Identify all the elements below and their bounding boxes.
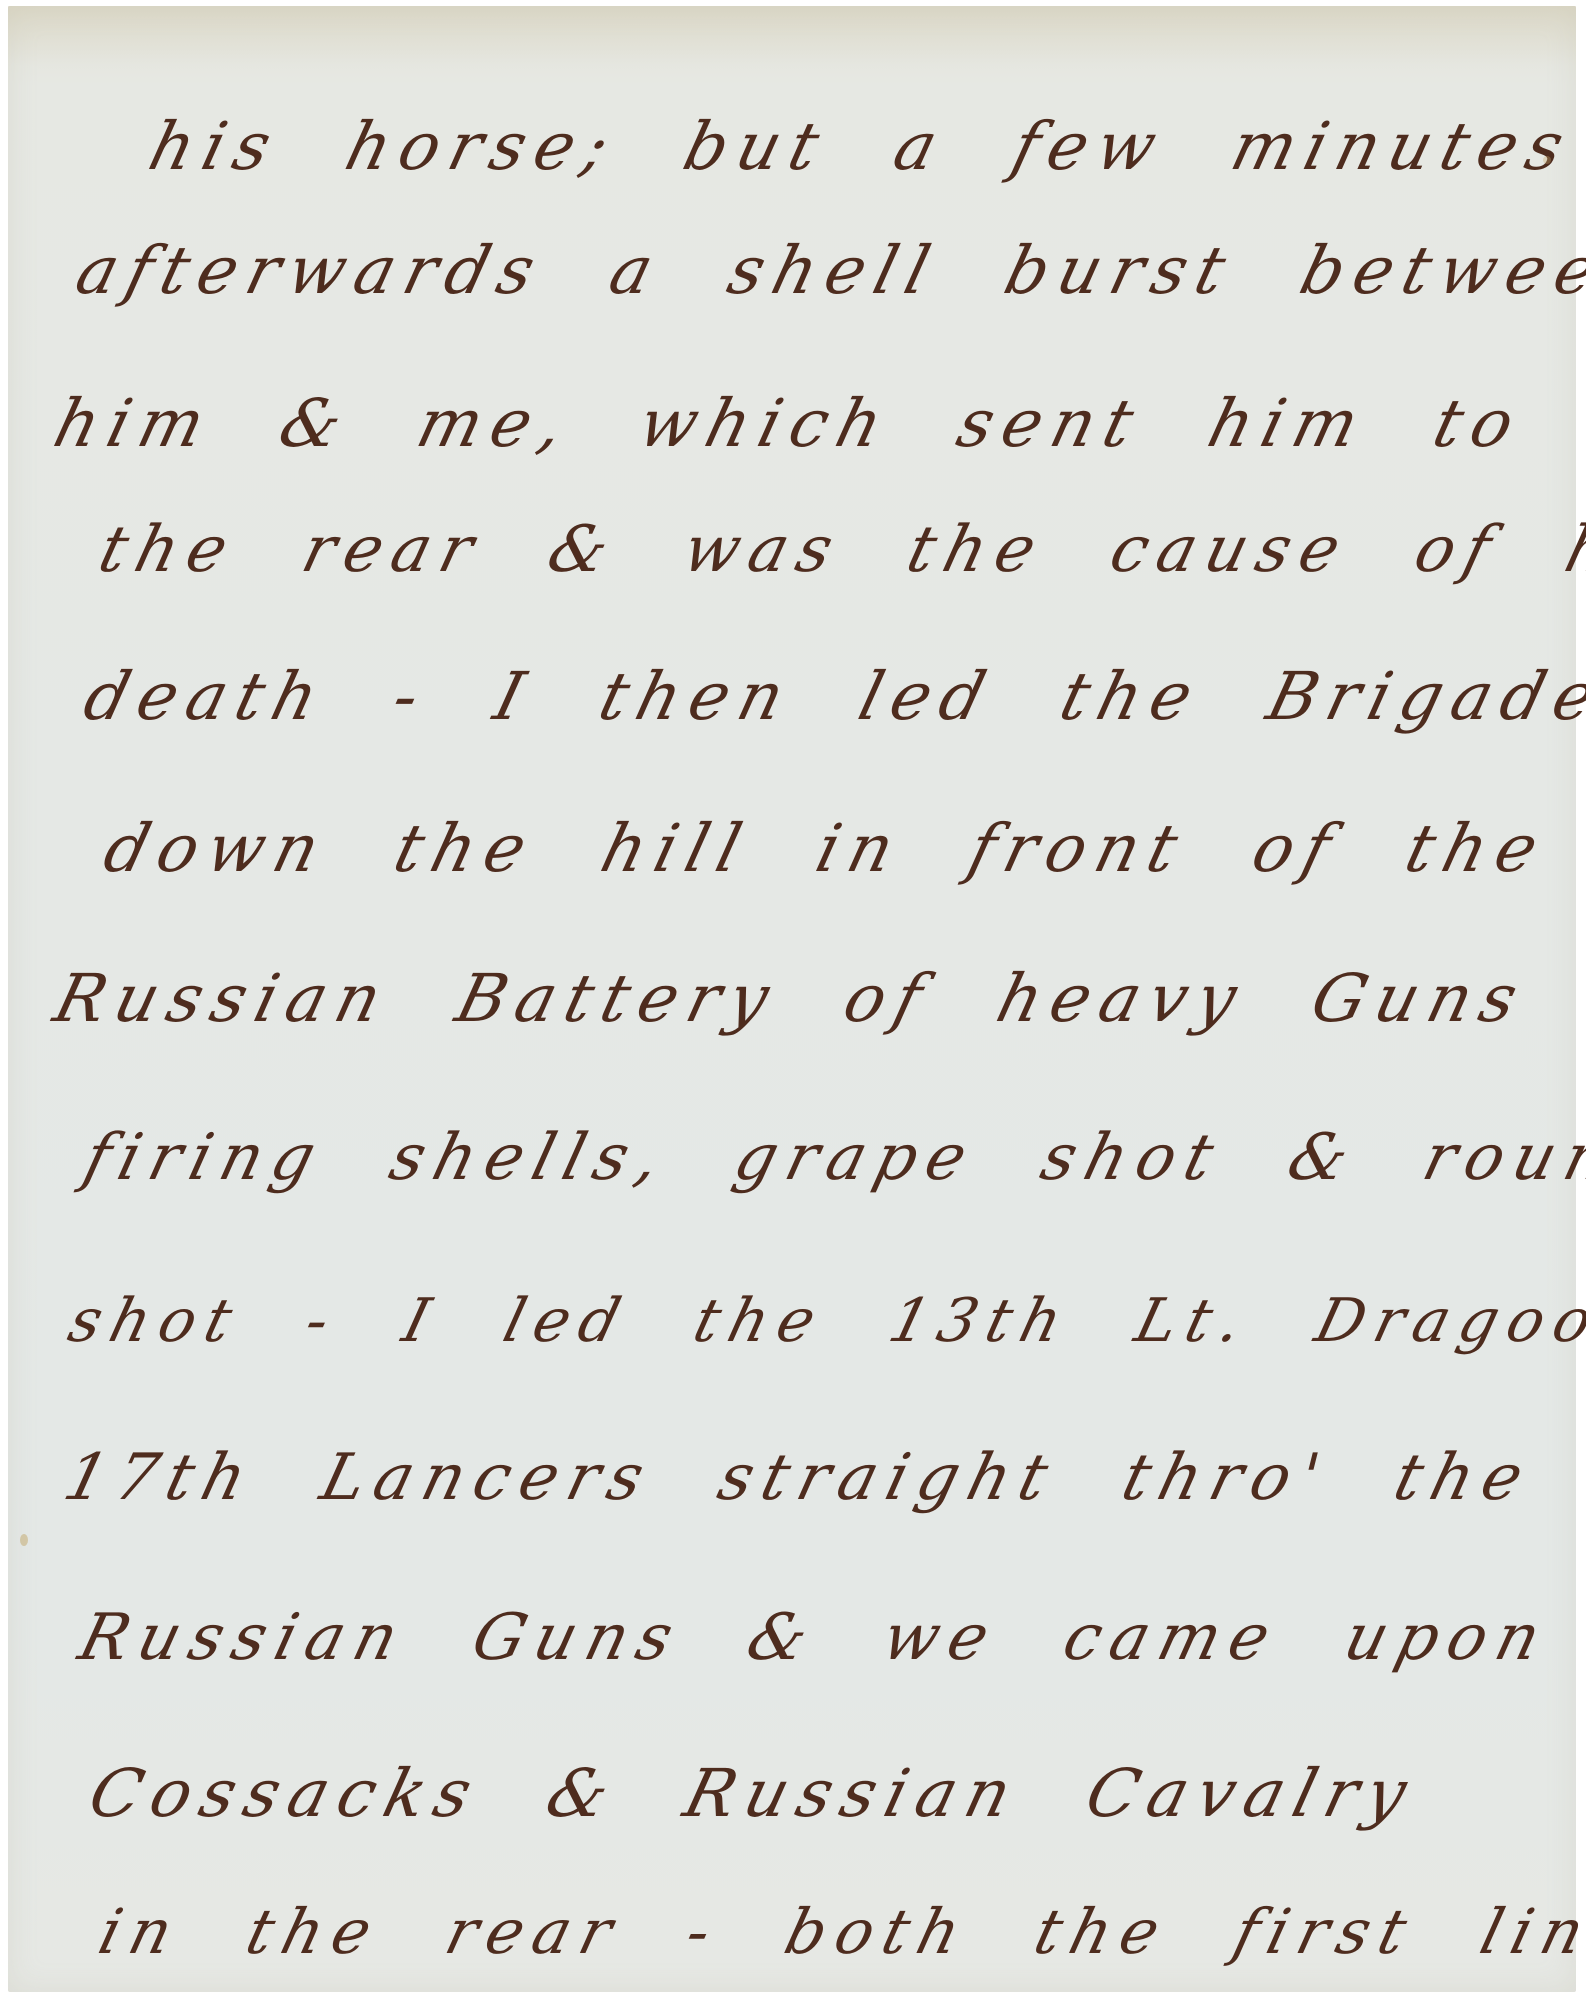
- handwritten-line-4: the rear & was the cause of his: [93, 518, 1586, 582]
- handwritten-line-10: 17th Lancers straight thro' the: [58, 1446, 1539, 1510]
- handwritten-line-12: Cossacks & Russian Cavalry: [83, 1761, 1423, 1827]
- handwritten-line-5: death - I then led the Brigade: [78, 664, 1586, 730]
- letter-page: his horse; but a few minutes afterwards …: [8, 6, 1576, 1992]
- handwritten-line-9: shot - I led the 13th Lt. Dragoons &: [63, 1291, 1586, 1351]
- paper-stain: [20, 1534, 28, 1546]
- handwritten-line-1: his horse; but a few minutes: [143, 114, 1580, 180]
- handwritten-line-11: Russian Guns & we came upon: [73, 1606, 1556, 1670]
- handwritten-line-7: Russian Battery of heavy Guns: [48, 966, 1533, 1032]
- handwritten-line-6: down the hill in front of the: [98, 816, 1554, 882]
- handwritten-line-2: afterwards a shell burst between: [70, 238, 1586, 304]
- handwritten-line-13: in the rear - both the first line: [93, 1901, 1586, 1963]
- paper-stain: [1543, 156, 1551, 164]
- handwritten-line-8: firing shells, grape shot & round: [78, 1126, 1586, 1190]
- handwritten-line-3: him & me, which sent him to: [48, 391, 1530, 457]
